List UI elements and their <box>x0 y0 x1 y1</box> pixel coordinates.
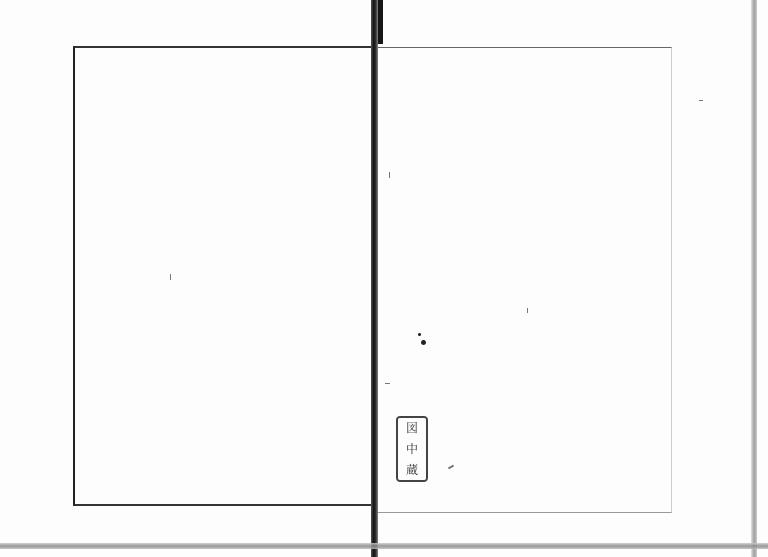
ink-spot <box>418 333 421 336</box>
page-edge-bottom <box>0 543 768 549</box>
left-page <box>73 46 375 506</box>
seal-char-3: 蔵 <box>406 464 418 476</box>
scan-mark <box>699 100 703 101</box>
seal-char-1: 図 <box>406 422 418 434</box>
library-seal-stamp: 図 中 蔵 <box>396 416 428 482</box>
scan-mark <box>527 308 528 313</box>
scan-mark <box>389 172 390 178</box>
seal-char-2: 中 <box>406 443 418 455</box>
book-gutter <box>371 0 378 557</box>
ink-spot <box>421 340 426 345</box>
page-edge-right <box>751 0 757 557</box>
scan-mark <box>385 383 390 384</box>
scan-mark <box>170 274 171 280</box>
